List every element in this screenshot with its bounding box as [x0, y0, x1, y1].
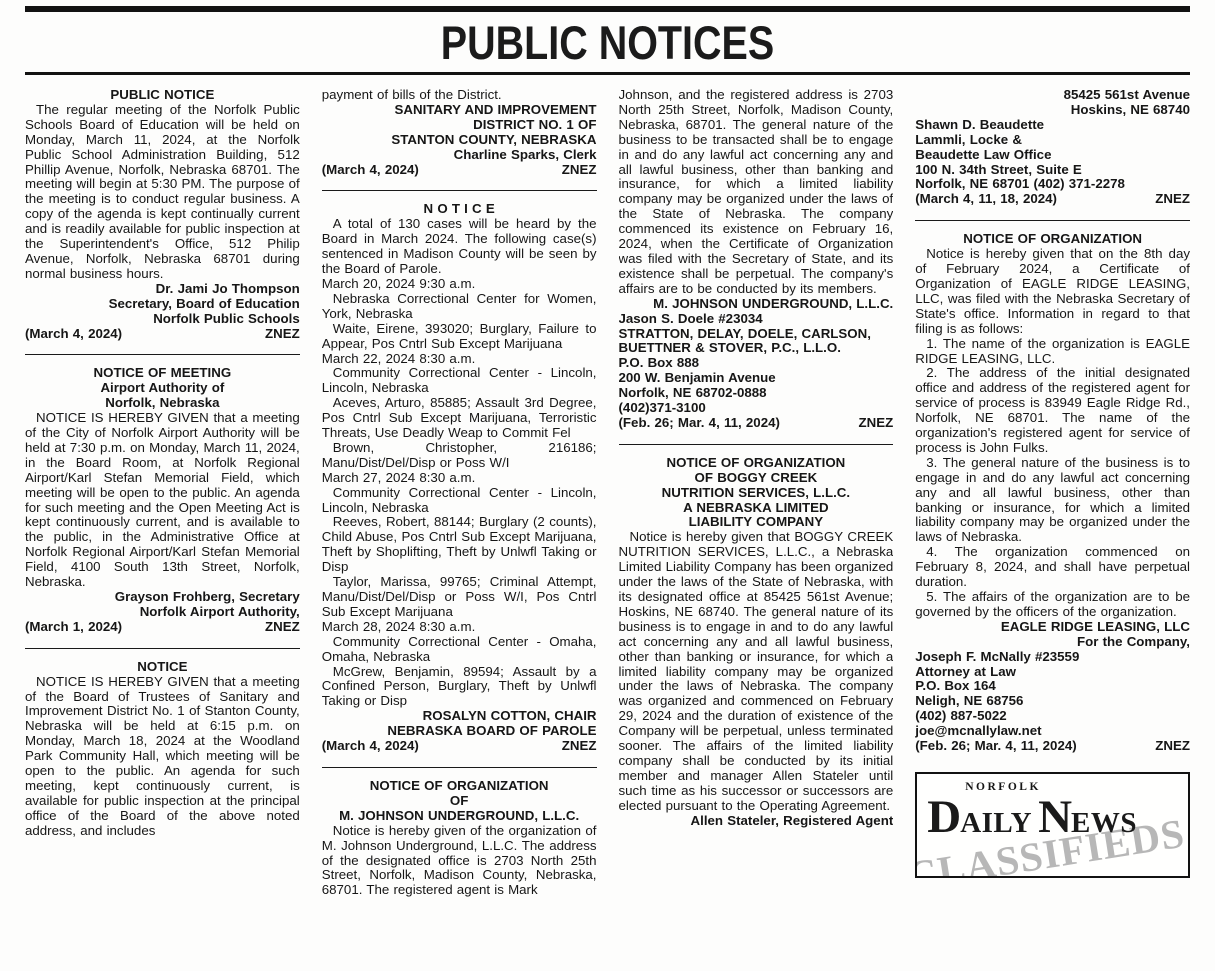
- notice-title: NOTICE OF ORGANIZATION: [915, 232, 1190, 247]
- contact-block: Jason S. Doele #23034STRATTON, DELAY, DO…: [619, 312, 894, 416]
- signature-block: SANITARY AND IMPROVEMENTDISTRICT NO. 1 O…: [322, 103, 597, 163]
- notice-paragraph: Community Correctional Center - Lincoln,…: [322, 366, 597, 396]
- notice-title-line: Norfolk, Nebraska: [25, 396, 300, 411]
- dateline: (March 1, 2024)ZNEZ: [25, 620, 300, 635]
- notice-title: N O T I C E: [322, 202, 597, 217]
- classifieds-ad: CLASSIFIEDS NORFOLK DAILYNEWS: [915, 772, 1190, 878]
- notice-paragraph: March 20, 2024 9:30 a.m.: [322, 277, 597, 292]
- notice-title-line: NOTICE OF ORGANIZATION: [619, 456, 894, 471]
- signature-line: joe@mcnallylaw.net: [915, 724, 1190, 739]
- logo-letters-ews: EWS: [1071, 816, 1137, 831]
- signature-line: For the Company,: [915, 635, 1190, 650]
- signature-line: Hoskins, NE 68740: [915, 103, 1190, 118]
- signature-line: Joseph F. McNally #23559: [915, 650, 1190, 665]
- notice-paragraph: 1. The name of the organization is EAGLE…: [915, 337, 1190, 367]
- notice-paragraph: Waite, Eirene, 393020; Burglary, Failure…: [322, 322, 597, 352]
- signature-line: Norfolk, NE 68702-0888: [619, 386, 894, 401]
- signature-line: DISTRICT NO. 1 OF: [322, 118, 597, 133]
- notice-paragraph: McGrew, Benjamin, 89594; Assault by a Co…: [322, 665, 597, 710]
- signature-line: Neligh, NE 68756: [915, 694, 1190, 709]
- logo-letters-aily: AILY: [960, 816, 1032, 831]
- notice-title: NOTICE OF ORGANIZATIONOF BOGGY CREEKNUTR…: [619, 456, 894, 531]
- znez-tag: ZNEZ: [859, 416, 894, 431]
- signature-block: 85425 561st AvenueHoskins, NE 68740: [915, 88, 1190, 118]
- notice-paragraph: Johnson, and the registered address is 2…: [619, 88, 894, 297]
- znez-tag: ZNEZ: [1155, 192, 1190, 207]
- notice-title-line: N O T I C E: [322, 202, 597, 217]
- signature-line: P.O. Box 164: [915, 679, 1190, 694]
- notice-divider: [25, 648, 300, 649]
- notice-paragraph: Nebraska Correctional Center for Women, …: [322, 292, 597, 322]
- signature-line: P.O. Box 888: [619, 356, 894, 371]
- signature-line: BUETTNER & STOVER, P.C., L.L.O.: [619, 341, 894, 356]
- signature-line: 85425 561st Avenue: [915, 88, 1190, 103]
- notice-divider: [915, 220, 1190, 221]
- notice-divider: [322, 767, 597, 768]
- notice-paragraph: Notice is hereby given that BOGGY CREEK …: [619, 530, 894, 813]
- notice-paragraph: March 27, 2024 8:30 a.m.: [322, 471, 597, 486]
- signature-line: 100 N. 34th Street, Suite E: [915, 163, 1190, 178]
- notice-divider: [619, 444, 894, 445]
- notice-paragraph: Reeves, Robert, 88144; Burglary (2 count…: [322, 515, 597, 575]
- signature-block: M. JOHNSON UNDERGROUND, L.L.C.: [619, 297, 894, 312]
- publication-dates: (March 1, 2024): [25, 620, 122, 635]
- notice-paragraph: Notice is hereby given of the organizati…: [322, 824, 597, 899]
- notice-paragraph: 2. The address of the initial designated…: [915, 366, 1190, 455]
- signature-line: STANTON COUNTY, NEBRASKA: [322, 133, 597, 148]
- notice-paragraph: payment of bills of the District.: [322, 88, 597, 103]
- signature-line: Norfolk, NE 68701 (402) 371-2278: [915, 177, 1190, 192]
- notice-title-line: M. JOHNSON UNDERGROUND, L.L.C.: [322, 809, 597, 824]
- signature-block: ROSALYN COTTON, CHAIRNEBRASKA BOARD OF P…: [322, 709, 597, 739]
- signature-block: EAGLE RIDGE LEASING, LLCFor the Company,: [915, 620, 1190, 650]
- notice-paragraph: A total of 130 cases will be heard by th…: [322, 217, 597, 277]
- signature-line: 200 W. Benjamin Avenue: [619, 371, 894, 386]
- notice-title-line: OF BOGGY CREEK: [619, 471, 894, 486]
- znez-tag: ZNEZ: [562, 163, 597, 178]
- signature-line: Beaudette Law Office: [915, 148, 1190, 163]
- notice-title: NOTICE: [25, 660, 300, 675]
- notice-title-line: NUTRITION SERVICES, L.L.C.: [619, 486, 894, 501]
- notice-paragraph: Taylor, Marissa, 99765; Criminal Attempt…: [322, 575, 597, 620]
- signature-line: Grayson Frohberg, Secretary: [25, 590, 300, 605]
- norfolk-label: NORFOLK: [965, 780, 1041, 795]
- notice-paragraph: 4. The organization commenced on Februar…: [915, 545, 1190, 590]
- notice-paragraph: The regular meeting of the Norfolk Publi…: [25, 103, 300, 282]
- publication-dates: (Feb. 26; Mar. 4, 11, 2024): [619, 416, 780, 431]
- signature-line: EAGLE RIDGE LEASING, LLC: [915, 620, 1190, 635]
- notice-paragraph: Community Correctional Center - Omaha, O…: [322, 635, 597, 665]
- dateline: (Feb. 26; Mar. 4, 11, 2024)ZNEZ: [619, 416, 894, 431]
- znez-tag: ZNEZ: [1155, 739, 1190, 754]
- newspaper-page: PUBLIC NOTICES PUBLIC NOTICEThe regular …: [0, 0, 1215, 968]
- logo-letter-d: D: [927, 794, 960, 841]
- signature-line: Lammli, Locke &: [915, 133, 1190, 148]
- notice-title: PUBLIC NOTICE: [25, 88, 300, 103]
- logo-letter-n: N: [1038, 794, 1071, 841]
- signature-line: NEBRASKA BOARD OF PAROLE: [322, 724, 597, 739]
- dateline: (March 4, 2024)ZNEZ: [322, 163, 597, 178]
- notice-title-line: OF: [322, 794, 597, 809]
- signature-line: Charline Sparks, Clerk: [322, 148, 597, 163]
- signature-line: Attorney at Law: [915, 665, 1190, 680]
- publication-dates: (Feb. 26; Mar. 4, 11, 2024): [915, 739, 1076, 754]
- notice-paragraph: Brown, Christopher, 216186; Manu/Dist/De…: [322, 441, 597, 471]
- publication-dates: (March 4, 2024): [322, 163, 419, 178]
- header-rule: [25, 72, 1190, 75]
- notice-title-line: LIABILITY COMPANY: [619, 515, 894, 530]
- notice-title-line: NOTICE OF ORGANIZATION: [915, 232, 1190, 247]
- signature-line: Secretary, Board of Education: [25, 297, 300, 312]
- contact-block: Shawn D. BeaudetteLammli, Locke &Beaudet…: [915, 118, 1190, 193]
- notice-title-line: NOTICE: [25, 660, 300, 675]
- notice-paragraph: 5. The affairs of the organization are t…: [915, 590, 1190, 620]
- notice-title-line: NOTICE OF MEETING: [25, 366, 300, 381]
- signature-line: SANITARY AND IMPROVEMENT: [322, 103, 597, 118]
- publication-dates: (March 4, 2024): [25, 327, 122, 342]
- column-3: Johnson, and the registered address is 2…: [619, 88, 894, 968]
- contact-block: Joseph F. McNally #23559Attorney at LawP…: [915, 650, 1190, 739]
- notice-paragraph: Community Correctional Center - Lincoln,…: [322, 486, 597, 516]
- dateline: (Feb. 26; Mar. 4, 11, 2024)ZNEZ: [915, 739, 1190, 754]
- column-4: 85425 561st AvenueHoskins, NE 68740Shawn…: [915, 88, 1190, 968]
- notice-divider: [322, 190, 597, 191]
- znez-tag: ZNEZ: [562, 739, 597, 754]
- notice-title: NOTICE OF ORGANIZATIONOFM. JOHNSON UNDER…: [322, 779, 597, 824]
- signature-block: Grayson Frohberg, SecretaryNorfolk Airpo…: [25, 590, 300, 620]
- signature-line: Jason S. Doele #23034: [619, 312, 894, 327]
- dateline: (March 4, 2024)ZNEZ: [25, 327, 300, 342]
- notice-paragraph: 3. The general nature of the business is…: [915, 456, 1190, 545]
- signature-line: M. JOHNSON UNDERGROUND, L.L.C.: [619, 297, 894, 312]
- column-2: payment of bills of the District.SANITAR…: [322, 88, 597, 968]
- notice-columns: PUBLIC NOTICEThe regular meeting of the …: [25, 88, 1190, 968]
- column-1: PUBLIC NOTICEThe regular meeting of the …: [25, 88, 300, 968]
- notice-title-line: PUBLIC NOTICE: [25, 88, 300, 103]
- signature-line: ROSALYN COTTON, CHAIR: [322, 709, 597, 724]
- signature-line: Shawn D. Beaudette: [915, 118, 1190, 133]
- notice-paragraph: March 22, 2024 8:30 a.m.: [322, 352, 597, 367]
- signature-line: Norfolk Public Schools: [25, 312, 300, 327]
- page-title: PUBLIC NOTICES: [118, 17, 1097, 69]
- dateline: (March 4, 2024)ZNEZ: [322, 739, 597, 754]
- signature-block: Dr. Jami Jo ThompsonSecretary, Board of …: [25, 282, 300, 327]
- publication-dates: (March 4, 2024): [322, 739, 419, 754]
- signature-line: Norfolk Airport Authority,: [25, 605, 300, 620]
- notice-paragraph: Notice is hereby given that on the 8th d…: [915, 247, 1190, 336]
- notice-paragraph: March 28, 2024 8:30 a.m.: [322, 620, 597, 635]
- notice-title-line: A NEBRASKA LIMITED: [619, 501, 894, 516]
- dateline: (March 4, 11, 18, 2024)ZNEZ: [915, 192, 1190, 207]
- signature-line: Dr. Jami Jo Thompson: [25, 282, 300, 297]
- notice-title: NOTICE OF MEETINGAirport Authority ofNor…: [25, 366, 300, 411]
- notice-paragraph: NOTICE IS HEREBY GIVEN that a meeting of…: [25, 675, 300, 839]
- notice-paragraph: Aceves, Arturo, 85885; Assault 3rd Degre…: [322, 396, 597, 441]
- signature-line: Allen Stateler, Registered Agent: [619, 814, 894, 829]
- signature-line: (402)371-3100: [619, 401, 894, 416]
- notice-title-line: Airport Authority of: [25, 381, 300, 396]
- notice-divider: [25, 354, 300, 355]
- znez-tag: ZNEZ: [265, 620, 300, 635]
- publication-dates: (March 4, 11, 18, 2024): [915, 192, 1057, 207]
- notice-title-line: NOTICE OF ORGANIZATION: [322, 779, 597, 794]
- signature-block: Allen Stateler, Registered Agent: [619, 814, 894, 829]
- znez-tag: ZNEZ: [265, 327, 300, 342]
- top-rule: [25, 6, 1190, 12]
- notice-paragraph: NOTICE IS HEREBY GIVEN that a meeting of…: [25, 411, 300, 590]
- signature-line: (402) 887-5022: [915, 709, 1190, 724]
- signature-line: STRATTON, DELAY, DOELE, CARLSON,: [619, 327, 894, 342]
